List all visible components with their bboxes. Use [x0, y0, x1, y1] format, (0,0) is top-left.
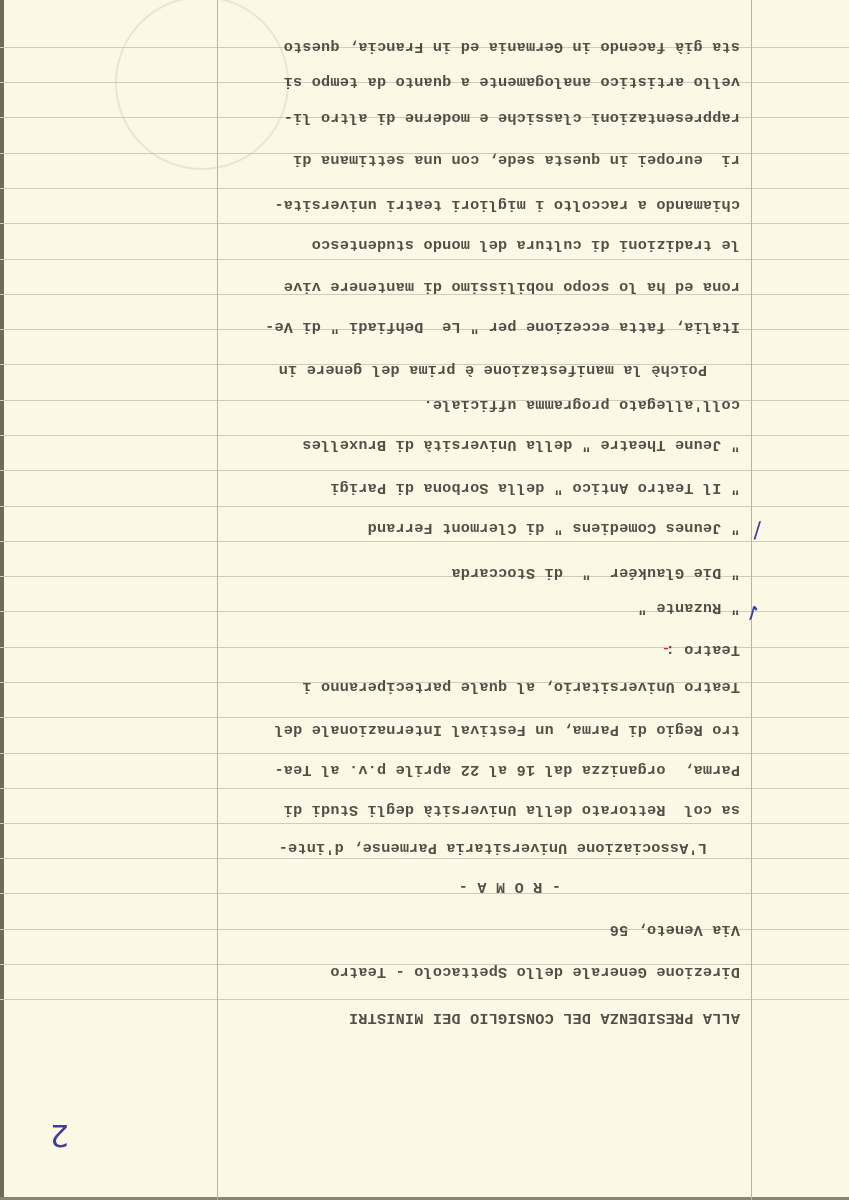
- body-line: vello artistico analogamente a quanto da…: [284, 72, 740, 92]
- body-line: " Die Glaukéer " di Stoccarda: [451, 563, 740, 583]
- ruled-line: [0, 753, 849, 754]
- red-tick-mark: -: [663, 638, 669, 660]
- ruled-line: [0, 470, 849, 471]
- body-line: Italia, fatta eccezione per " Le Dehfiad…: [265, 317, 740, 337]
- body-line: rona ed ha lo scopo nobilissimo di mante…: [284, 277, 740, 297]
- body-line: ri europei in questa sede, con una setti…: [293, 150, 740, 170]
- body-line: sta già facendo in Germania ed in Franci…: [284, 37, 740, 57]
- body-line: Teatro Universitario, al quale partecipe…: [302, 677, 740, 697]
- ruled-line: [0, 717, 849, 718]
- recipient-line: ALLA PRESIDENZA DEL CONSIGLIO DEI MINIST…: [349, 1008, 740, 1028]
- ruled-line: [0, 223, 849, 224]
- check-mark-icon: /: [754, 518, 761, 540]
- body-line: rappresentazioni classiche e moderne di …: [284, 108, 740, 128]
- body-line: chiamando a raccolto i migliori teatri u…: [274, 195, 740, 215]
- ruled-line: [0, 541, 849, 542]
- body-line: tro Regio di Parma, un Festival Internaz…: [274, 720, 740, 740]
- right-margin-line: [217, 0, 218, 1200]
- embossed-stamp: [115, 0, 289, 170]
- body-line: coll'allegato programma ufficiale.: [423, 395, 740, 415]
- body-line: sa col Rettorato della Università degli …: [284, 800, 740, 820]
- body-line: Poichè la manifestazione è prima del gen…: [279, 360, 707, 380]
- body-line: Teatro :: [665, 640, 740, 660]
- page-edge: [0, 0, 4, 1200]
- ruled-line: [0, 893, 849, 894]
- recipient-city: - R O M A -: [459, 877, 561, 897]
- ruled-line: [0, 999, 849, 1000]
- ruled-line: [0, 823, 849, 824]
- body-line: " Il Teatro Antico " della Sorbona di Pa…: [330, 478, 740, 498]
- ruled-line: [0, 506, 849, 507]
- check-mark-icon: ✓: [739, 598, 764, 625]
- ruled-line: [0, 858, 849, 859]
- body-line: L'Associazione Universitaria Parmense, d…: [279, 838, 707, 858]
- ruled-line: [0, 259, 849, 260]
- recipient-line: Via Veneto, 56: [610, 920, 740, 940]
- body-line: " Jeunes Comediens " di Clermont Ferrand: [367, 518, 740, 538]
- body-line: le tradizioni di cultura del mondo stude…: [312, 235, 740, 255]
- body-line: Parma, organizza dal 16 al 22 aprile p.v…: [274, 760, 740, 780]
- body-line: " Ruzante ": [638, 598, 740, 618]
- ruled-line: [0, 188, 849, 189]
- body-line: " Jeune Theatre " della Università di Br…: [302, 435, 740, 455]
- ruled-line: [0, 788, 849, 789]
- recipient-line: Direzione Generale dello Spettacolo - Te…: [330, 962, 740, 982]
- document-page: ALLA PRESIDENZA DEL CONSIGLIO DEI MINIST…: [0, 0, 849, 1200]
- handwritten-page-number: 2: [50, 1123, 69, 1145]
